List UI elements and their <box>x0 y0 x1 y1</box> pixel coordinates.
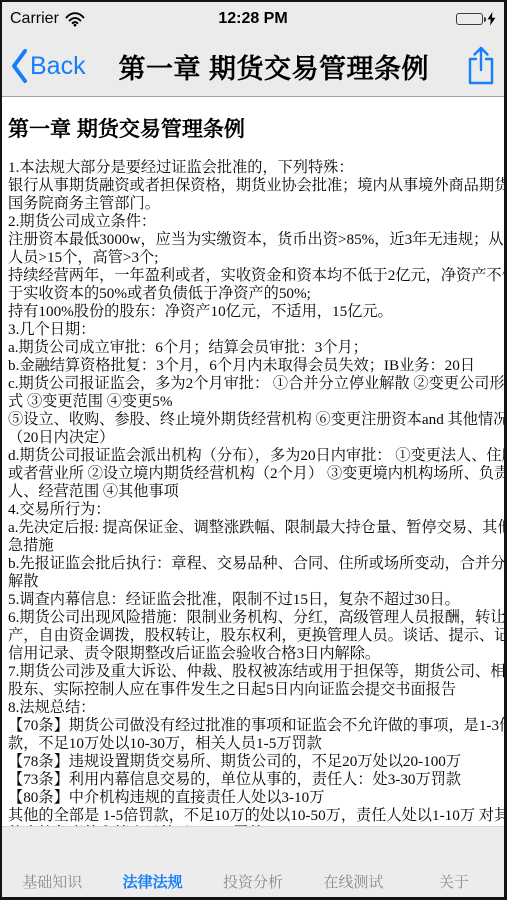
article-text-line: a.先决定后报: 提高保证金、调整涨跌幅、限制最大持仓量、暂停交易、其他紧 <box>8 519 504 537</box>
tab-item-投资分析[interactable]: 投资分析 <box>203 871 303 892</box>
article-text-line: 人员>15个，高管>3个; <box>8 249 504 267</box>
article-text-line: b.金融结算资格批复：3个月，6个月内未取得会员失效；IB业务：20日 <box>8 357 504 375</box>
tab-bar: 基础知识法律法规投资分析在线测试关于 <box>2 826 504 897</box>
tab-item-关于[interactable]: 关于 <box>404 871 504 892</box>
article-text-line: 注册资本最低3000w，应当为实缴资本，货币出资>85%，近3年无违规；从业 <box>8 231 504 249</box>
tab-item-法律法规[interactable]: 法律法规 <box>102 871 202 892</box>
back-button[interactable]: Back <box>10 48 86 84</box>
article-text-line: d.期货公司报证监会派出机构（分布），多为20日内审批： ①变更法人、住所 <box>8 447 504 465</box>
content-lines: 1.本法规大部分是要经过证监会批准的，下列特殊：银行从事期货融资或者担保资格，期… <box>8 159 504 826</box>
article-text-line: 【73条】利用内幕信息交易的，单位从事的，责任人：处3-30万罚款 <box>8 771 504 789</box>
article-text-line: 7.期货公司涉及重大诉讼、仲裁、股权被冻结或用于担保等，期货公司、相关 <box>8 663 504 681</box>
article-text-line: 银行从事期货融资或者担保资格，期货业协会批准；境内从事境外商品期货， <box>8 177 504 195</box>
status-bar: 12:28 PM Carrier <box>2 2 504 36</box>
nav-title: 第一章 期货交易管理条例 <box>86 47 462 86</box>
article-text-line: 解散 <box>8 573 504 591</box>
carrier-label: Carrier <box>10 10 59 28</box>
article-text-line: 3.几个日期： <box>8 321 504 339</box>
article-heading: 第一章 期货交易管理条例 <box>8 117 504 143</box>
article-text-line: 急措施 <box>8 537 504 555</box>
article-text-line: 【70条】期货公司做没有经过批准的事项和证监会不允许做的事项，是1-3倍罚 <box>8 717 504 735</box>
tab-item-基础知识[interactable]: 基础知识 <box>2 871 102 892</box>
article-text-line: 他直接负责的主管人员处以1-10万罚款 <box>8 825 504 826</box>
wifi-icon <box>65 11 85 27</box>
article-text-line: 【80条】中介机构违规的直接责任人处以3-10万 <box>8 789 504 807</box>
article-text-line: （20日内决定） <box>8 429 504 447</box>
article-text-line: ⑤设立、收购、参股、终止境外期货经营机构 ⑥变更注册资本and 其他情况 <box>8 411 504 429</box>
article-text-line: 款，不足10万处以10-30万，相关人员1-5万罚款 <box>8 735 504 753</box>
article-text-line: b.先报证监会批后执行：章程、交易品种、合同、住所或场所变动，合并分立 <box>8 555 504 573</box>
battery-icon <box>456 13 483 25</box>
article-text-line: 产，自由资金调拨，股权转让，股东权利，更换管理人员。谈话、提示、记入 <box>8 627 504 645</box>
charging-bolt-icon <box>487 12 496 26</box>
article-scroll-area[interactable]: 第一章 期货交易管理条例 1.本法规大部分是要经过证监会批准的，下列特殊：银行从… <box>2 97 504 826</box>
article-text-line: 4.交易所行为： <box>8 501 504 519</box>
article-text-line: 8.法规总结： <box>8 699 504 717</box>
article-text-line: 股东、实际控制人应在事件发生之日起5日内向证监会提交书面报告 <box>8 681 504 699</box>
article-text-line: 其他的全部是 1-5倍罚款，不足10万的处以10-50万，责任人处以1-10万 … <box>8 807 504 825</box>
article-text-line: 或者营业所 ②设立境内期货经营机构（2个月） ③变更境内机构场所、负责 <box>8 465 504 483</box>
navigation-bar: Back 第一章 期货交易管理条例 <box>2 36 504 97</box>
share-icon <box>466 46 496 86</box>
back-chevron-icon <box>10 48 28 84</box>
back-button-label: Back <box>30 52 86 81</box>
article-text-line: 持续经营两年，一年盈利或者，实收资金和资本均不低于2亿元，净资产不低 <box>8 267 504 285</box>
article-text-line: 式 ③变更范围 ④变更5% <box>8 393 504 411</box>
article-text-line: 【78条】违规设置期货交易所、期货公司的，不足20万处以20-100万 <box>8 753 504 771</box>
article-text-line: 6.期货公司出现风险措施：限制业务机构、分红，高级管理人员报酬，转让财 <box>8 609 504 627</box>
tab-item-在线测试[interactable]: 在线测试 <box>303 871 403 892</box>
article-text-line: 人、经营范围 ④其他事项 <box>8 483 504 501</box>
article-text-line: 2.期货公司成立条件： <box>8 213 504 231</box>
share-button[interactable] <box>466 46 496 86</box>
article-text-line: 信用记录、责令限期整改后证监会验收合格3日内解除。 <box>8 645 504 663</box>
tab-bar-items: 基础知识法律法规投资分析在线测试关于 <box>2 871 504 892</box>
article-text-line: a.期货公司成立审批：6个月；结算会员审批：3个月； <box>8 339 504 357</box>
article-text-line: 1.本法规大部分是要经过证监会批准的，下列特殊： <box>8 159 504 177</box>
article-text-line: 国务院商务主管部门。 <box>8 195 504 213</box>
article-text-line: 于实收资本的50%或者负债低于净资产的50%; <box>8 285 504 303</box>
article-text-line: 5.调查内幕信息：经证监会批准，限制不过15日，复杂不超过30日。 <box>8 591 504 609</box>
app-screen: 12:28 PM Carrier <box>0 0 507 900</box>
article-text-line: c.期货公司报证监会，多为2个月审批： ①合并分立停业解散 ②变更公司形 <box>8 375 504 393</box>
article-text-line: 持有100%股份的股东：净资产10亿元，不适用，15亿元。 <box>8 303 504 321</box>
